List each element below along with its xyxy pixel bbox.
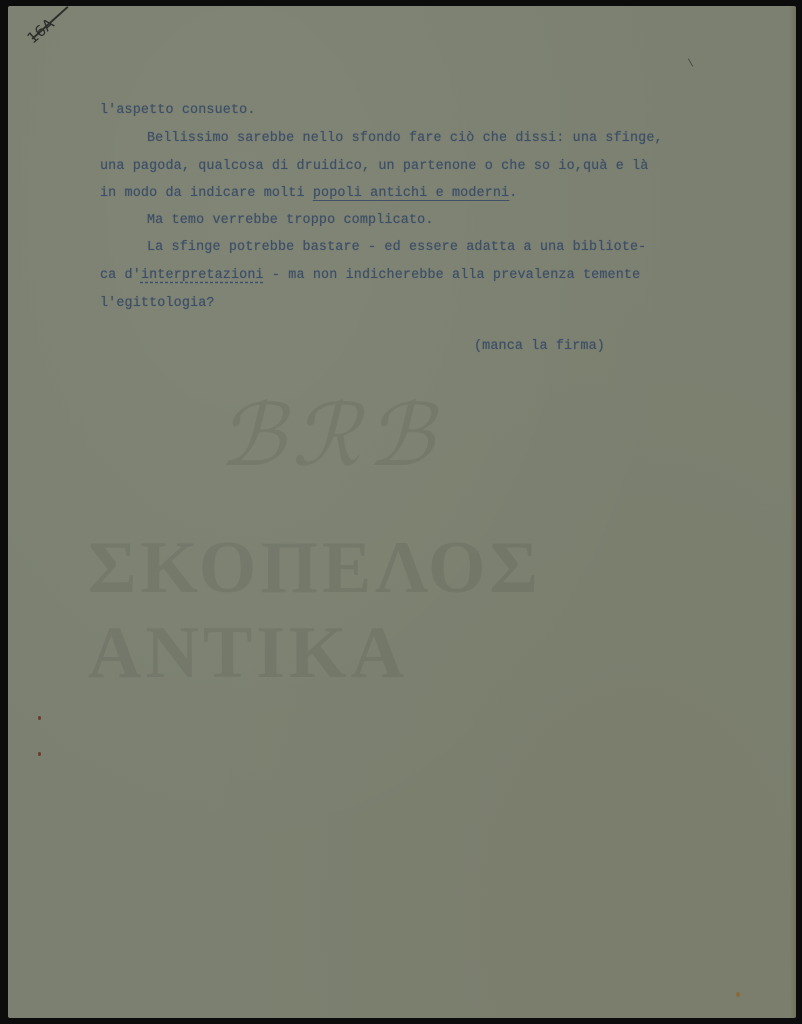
typed-text: ca d'	[100, 268, 141, 283]
watermark-text: ΣΚΟΠΕΛΟΣ ΑΝΤΙΚΑ	[88, 526, 768, 696]
typed-text: .	[509, 186, 517, 201]
watermark: ℬℛℬ ΣΚΟΠΕΛΟΣ ΑΝΤΙΚΑ	[88, 386, 768, 626]
stain-spot	[736, 992, 740, 997]
watermark-monogram: ℬℛℬ	[218, 386, 440, 486]
typed-line: una pagoda, qualcosa di druidico, un par…	[100, 159, 648, 174]
stain-spot	[38, 716, 41, 720]
underlined-text: popoli antichi e moderni	[313, 186, 509, 201]
closing-note: (manca la firma)	[474, 339, 605, 354]
dashed-underlined-text: interpretazioni	[141, 268, 264, 283]
typed-line: La sfinge potrebbe bastare - ed essere a…	[147, 240, 646, 255]
page-edge	[790, 6, 796, 1018]
stain-spot	[38, 752, 41, 756]
pencil-mark	[688, 58, 693, 66]
typed-line: ca d'interpretazioni - ma non indichereb…	[100, 268, 640, 283]
typed-line: l'egittologia?	[100, 296, 215, 311]
typed-line: in modo da indicare molti popoli antichi…	[100, 186, 517, 201]
typed-text: in modo da indicare molti	[100, 186, 313, 201]
typed-line: l'aspetto consueto.	[100, 103, 256, 118]
archive-number-mark: 16A	[18, 12, 78, 64]
typed-line: Ma temo verrebbe troppo complicato.	[147, 213, 434, 228]
typed-text: - ma non indicherebbe alla prevalenza te…	[264, 268, 641, 283]
typed-line: Bellissimo sarebbe nello sfondo fare ciò…	[147, 131, 663, 146]
document-page: 16A ℬℛℬ ΣΚΟΠΕΛΟΣ ΑΝΤΙΚΑ l'aspetto consue…	[8, 6, 796, 1018]
